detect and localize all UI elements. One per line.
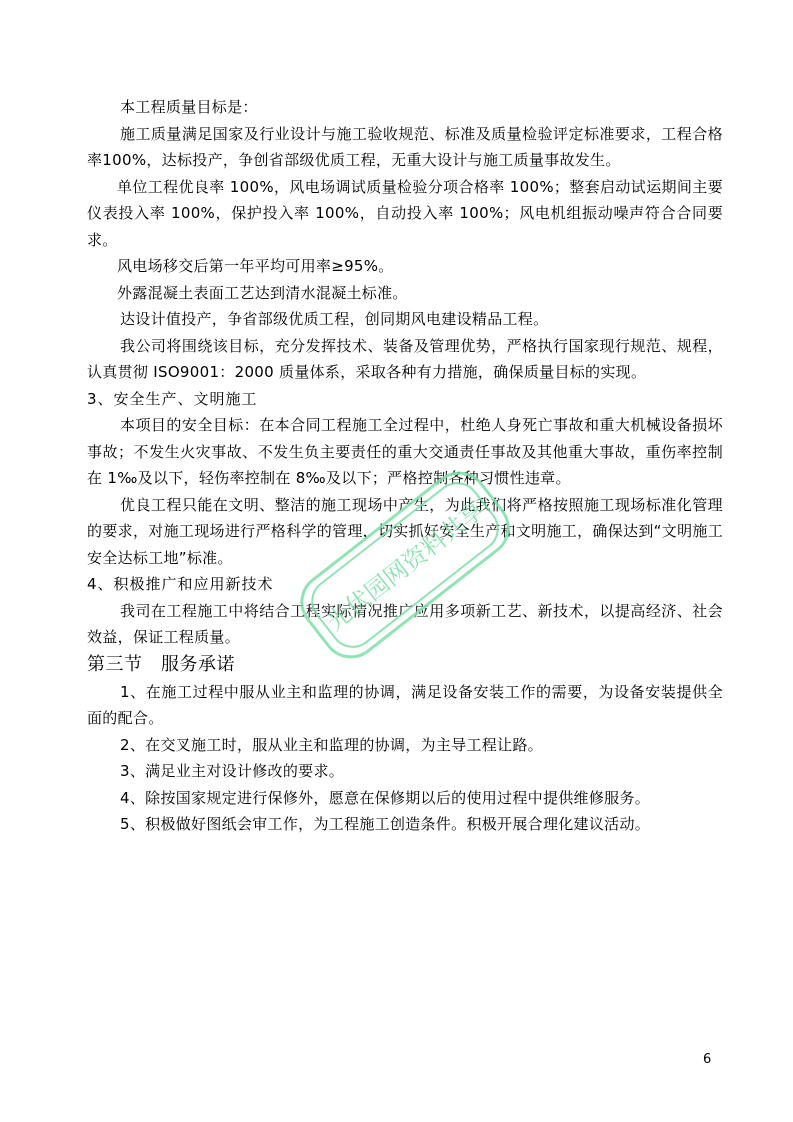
- section-heading-safety: 3、安全生产、文明施工: [87, 386, 723, 413]
- paragraph-new-tech: 我司在工程施工中将结合工程实际情况推广应用多项新工艺、新技术，以提高经济、社会效…: [87, 598, 723, 651]
- document-page: 本工程质量目标是： 施工质量满足国家及行业设计与施工验收规范、标准及质量检验评定…: [87, 94, 723, 838]
- paragraph-civilized-construction: 优良工程只能在文明、整洁的施工现场中产生，为此我们将严格按照施工现场标准化管理的…: [87, 492, 723, 572]
- service-item-4: 4、除按国家规定进行保修外，愿意在保修期以后的使用过程中提供维修服务。: [87, 785, 723, 812]
- paragraph-production: 达设计值投产，争省部级优质工程，创同期风电建设精品工程。: [87, 306, 723, 333]
- service-item-1: 1、在施工过程中服从业主和监理的协调，满足设备安装工作的需要，为设备安装提供全面…: [87, 679, 723, 732]
- service-item-5: 5、积极做好图纸会审工作，为工程施工创造条件。积极开展合理化建议活动。: [87, 811, 723, 838]
- paragraph-safety-goal: 本项目的安全目标：在本合同工程施工全过程中，杜绝人身死亡事故和重大机械设备损坏事…: [87, 412, 723, 492]
- section-heading-new-tech: 4、积极推广和应用新技术: [87, 571, 723, 598]
- paragraph-concrete: 外露混凝土表面工艺达到清水混凝土标准。: [87, 280, 723, 307]
- service-item-2: 2、在交叉施工时，服从业主和监理的协调，为主导工程让路。: [87, 732, 723, 759]
- service-item-3: 3、满足业主对设计修改的要求。: [87, 758, 723, 785]
- chapter-heading-service: 第三节 服务承诺: [87, 651, 723, 679]
- paragraph-unit-rates: 单位工程优良率 100%，风电场调试质量检验分项合格率 100%；整套启动试运期…: [87, 174, 723, 254]
- paragraph-availability: 风电场移交后第一年平均可用率≥95%。: [87, 253, 723, 280]
- paragraph-quality-goal-title: 本工程质量目标是：: [87, 94, 723, 121]
- paragraph-company-commitment: 我公司将围绕该目标，充分发挥技术、装备及管理优势，严格执行国家现行规范、规程，认…: [87, 333, 723, 386]
- paragraph-quality-standards: 施工质量满足国家及行业设计与施工验收规范、标准及质量检验评定标准要求，工程合格率…: [87, 121, 723, 174]
- page-number: 6: [703, 1052, 711, 1067]
